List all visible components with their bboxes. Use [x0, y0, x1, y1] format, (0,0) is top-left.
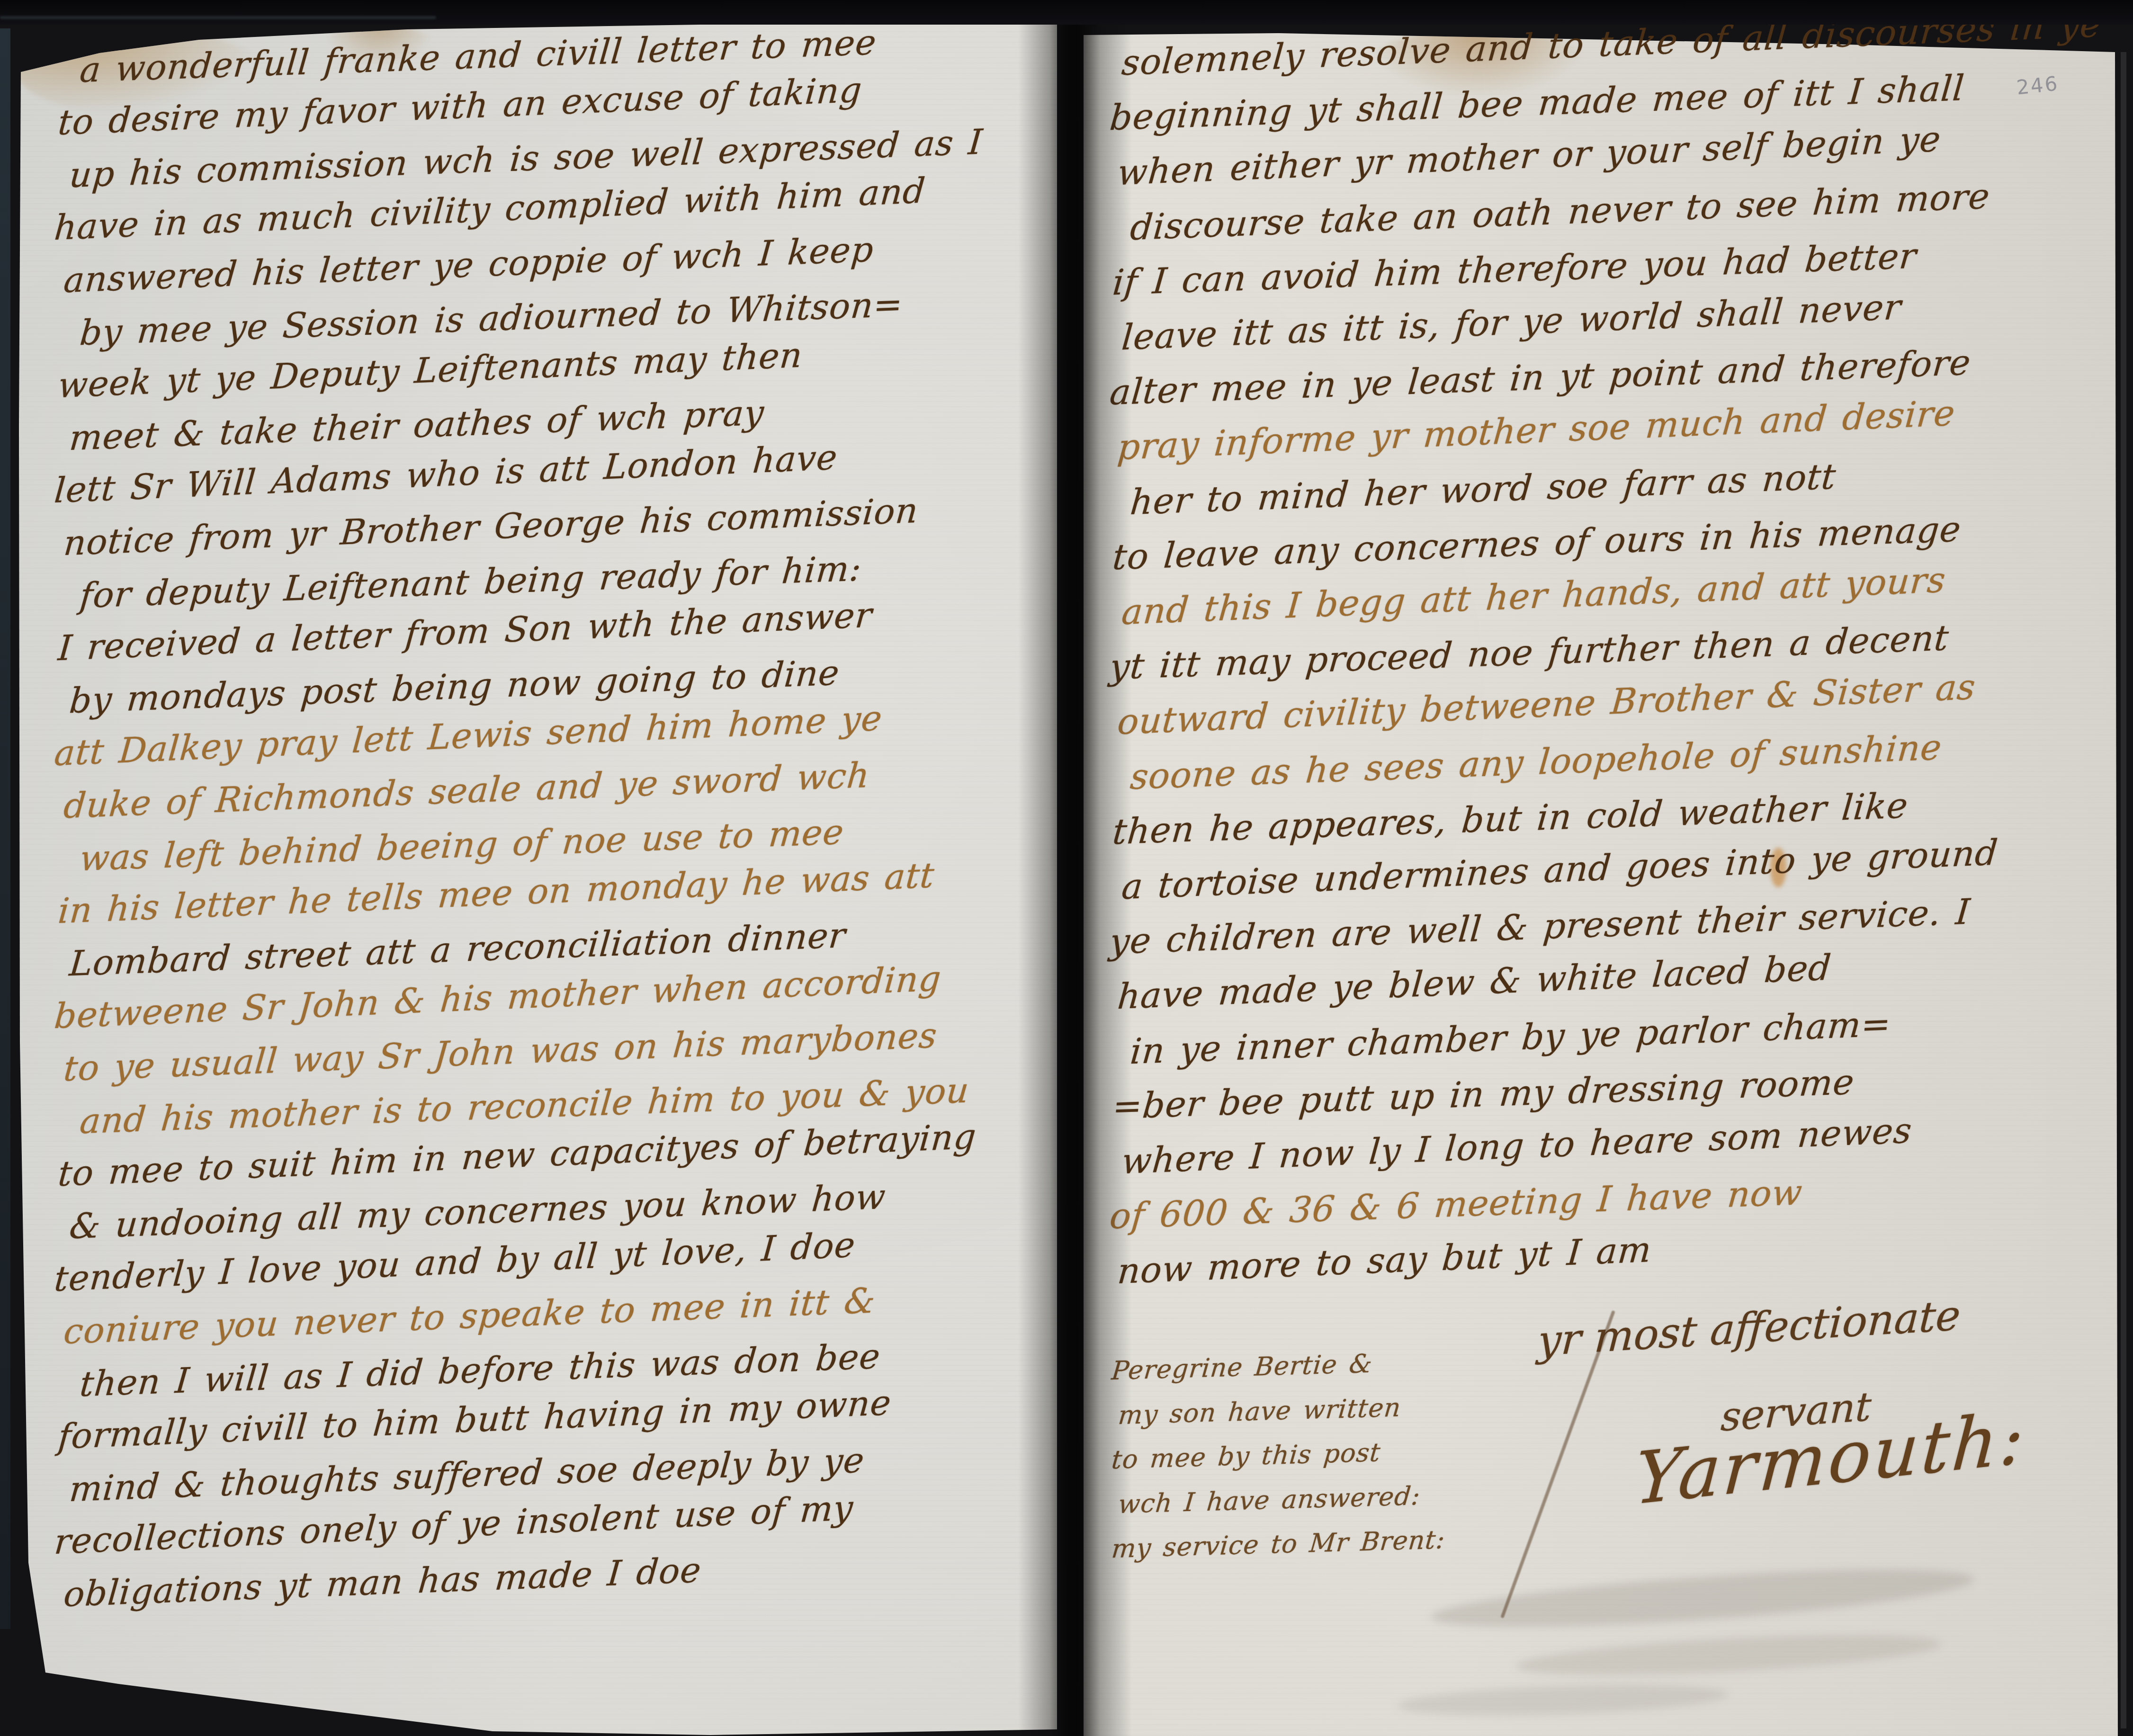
handwritten-line: to mee by this post	[1111, 1440, 1382, 1473]
handwritten-line: my son have written	[1117, 1395, 1402, 1428]
manuscript-scan: a wonderfull franke and civill letter to…	[0, 0, 2133, 1736]
show-through-smudge	[1515, 1627, 1942, 1682]
show-through-smudge	[1397, 1680, 1729, 1720]
show-through-smudge	[1429, 1558, 1975, 1638]
folio-number: 246	[2016, 72, 2060, 99]
binding-highlight	[0, 16, 436, 19]
binding-top-edge	[0, 0, 2133, 25]
adjacent-page-edge	[0, 28, 10, 1629]
fore-edge	[2121, 52, 2126, 1728]
handwritten-line: Peregrine Bertie &	[1111, 1351, 1374, 1384]
